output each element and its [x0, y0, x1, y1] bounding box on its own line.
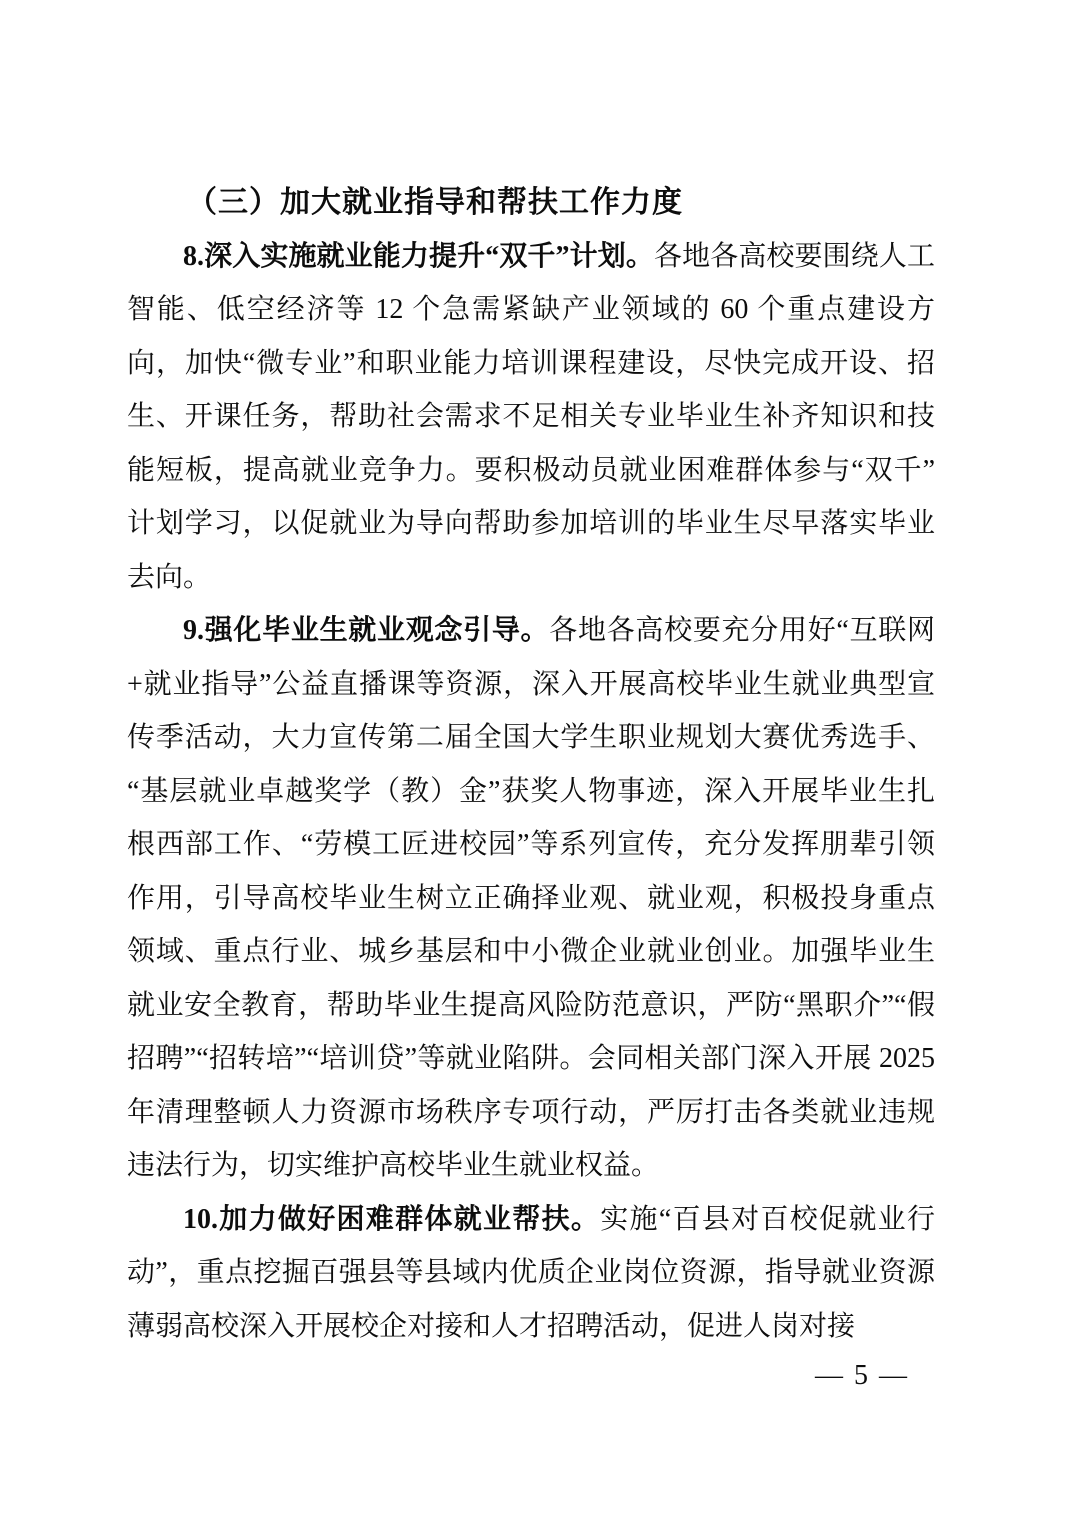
paragraph-item-9: 9.强化毕业生就业观念引导。各地各高校要充分用好“互联网+就业指导”公益直播课等… [127, 604, 935, 1193]
document-page: （三）加大就业指导和帮扶工作力度 8.深入实施就业能力提升“双千”计划。各地各高… [0, 0, 1074, 1519]
paragraph-9-body: 各地各高校要充分用好“互联网+就业指导”公益直播课等资源，深入开展高校毕业生就业… [127, 615, 935, 1181]
page-number: — 5 — [127, 1355, 909, 1397]
paragraph-item-8: 8.深入实施就业能力提升“双千”计划。各地各高校要围绕人工智能、低空经济等 12… [127, 230, 935, 605]
section-heading: （三）加大就业指导和帮扶工作力度 [127, 176, 935, 230]
paragraph-9-lead: 9.强化毕业生就业观念引导。 [183, 615, 549, 646]
paragraph-10-lead: 10.加力做好困难群体就业帮扶。 [183, 1204, 600, 1235]
paragraph-8-body: 各地各高校要围绕人工智能、低空经济等 12 个急需紧缺产业领域的 60 个重点建… [127, 241, 935, 593]
paragraph-8-lead: 8.深入实施就业能力提升“双千”计划。 [183, 241, 654, 272]
paragraph-item-10: 10.加力做好困难群体就业帮扶。实施“百县对百校促就业行动”，重点挖掘百强县等县… [127, 1193, 935, 1354]
